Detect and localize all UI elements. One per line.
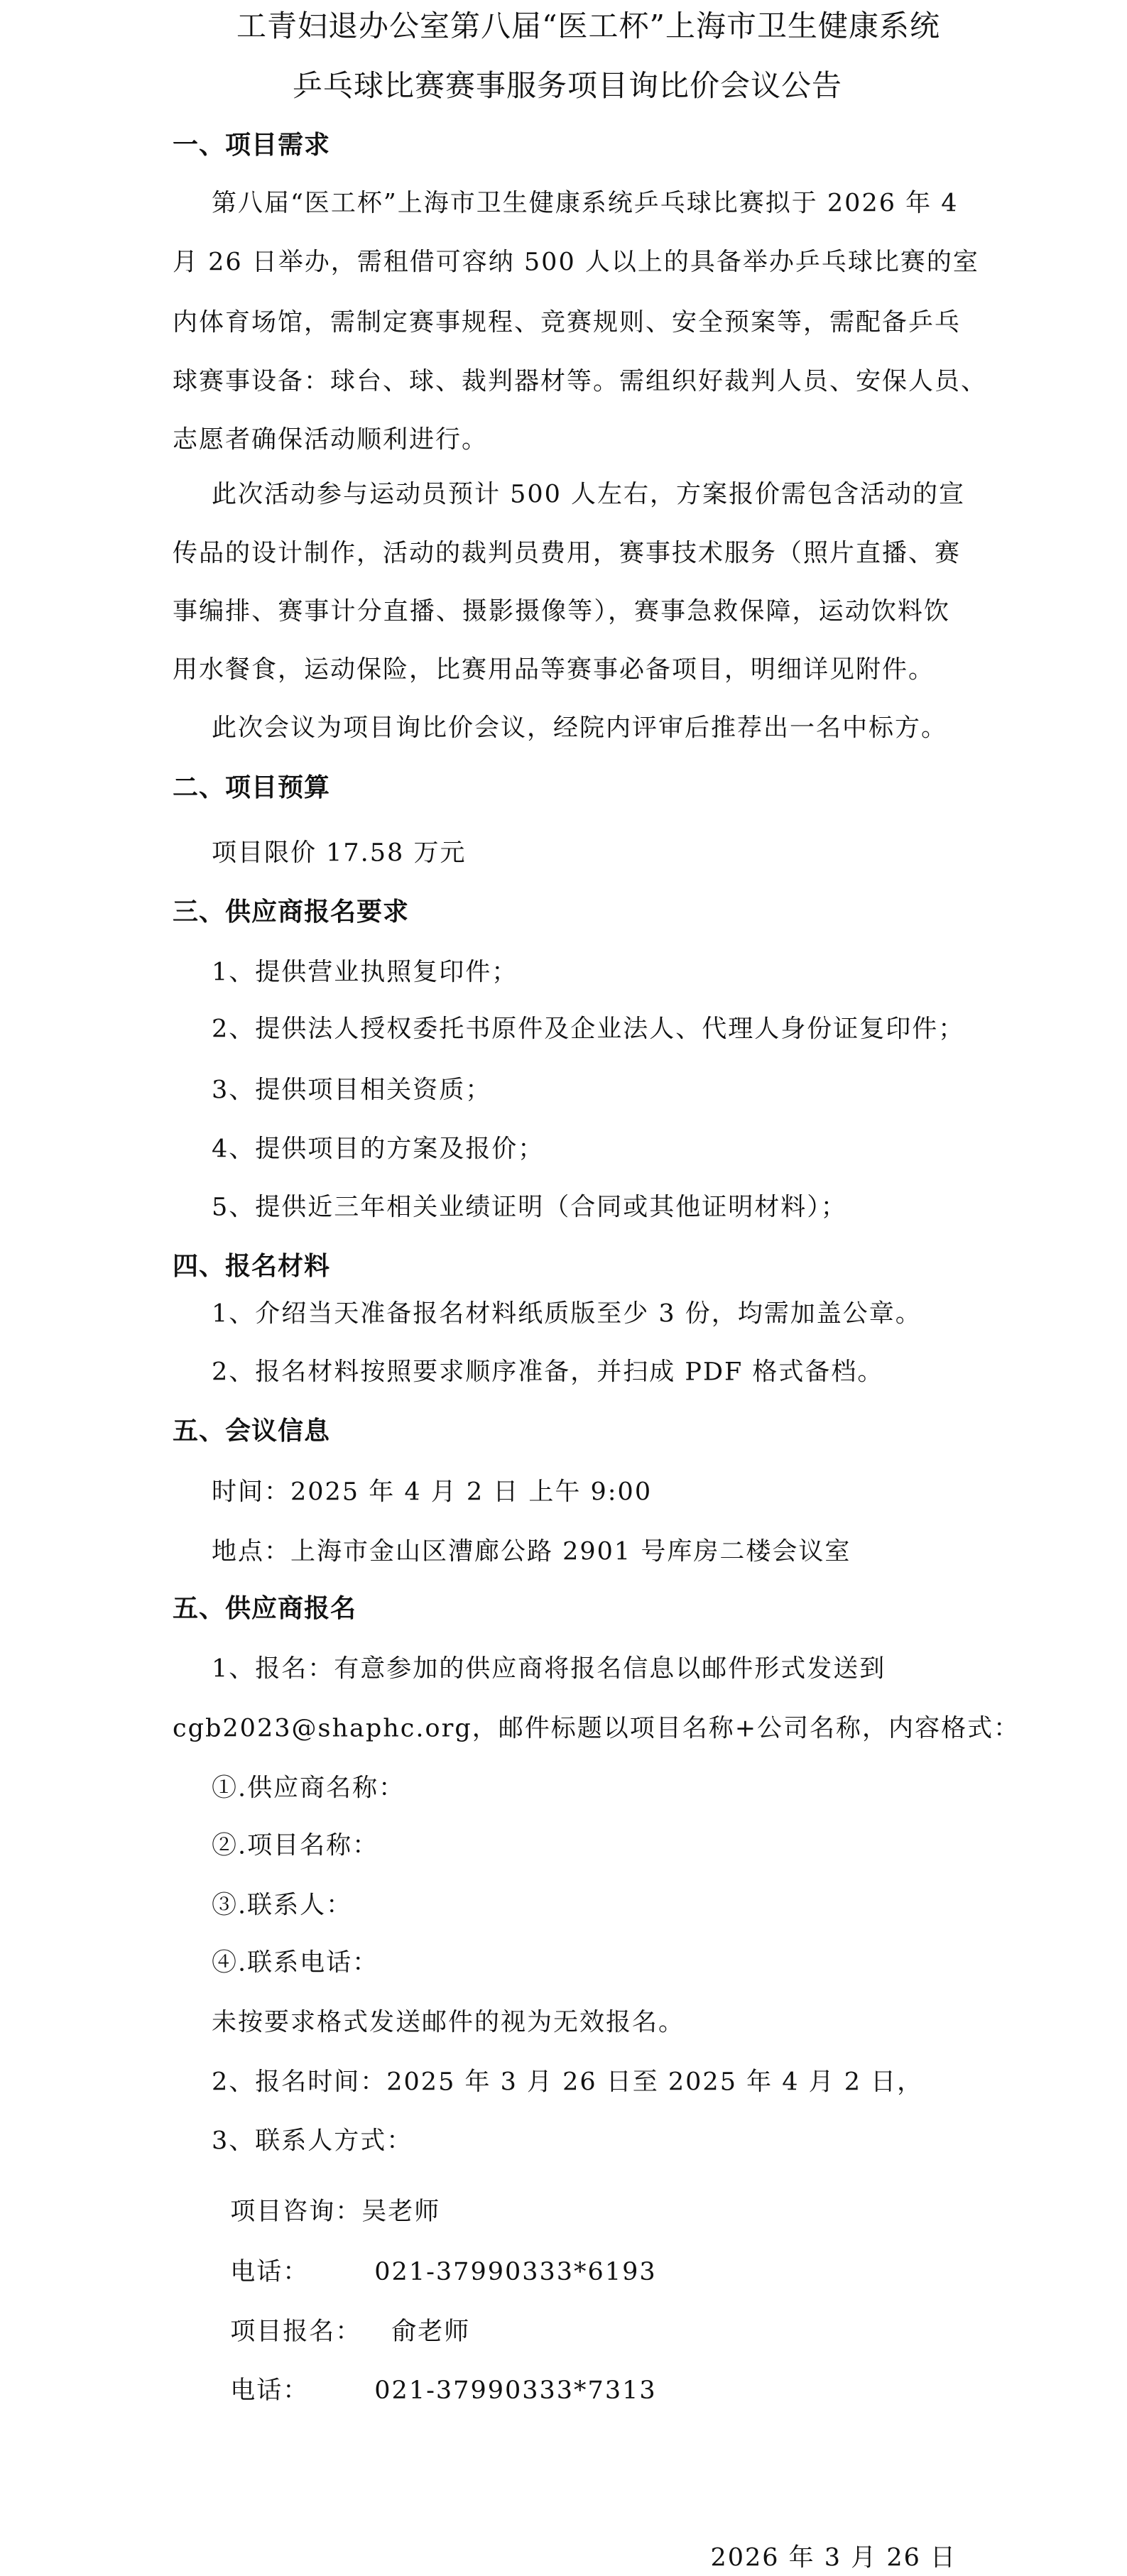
format-field-contact-person: ③.联系人： (212, 1894, 352, 1919)
requirements-para2-line1: 此次活动参与运动员预计 500 人左右，方案报价需包含活动的宣 (212, 483, 950, 508)
format-field-project-name: ②.项目名称： (212, 1834, 379, 1859)
announcement-date: 2026 年 3 月 26 日 (710, 2546, 957, 2571)
requirements-para1-line3: 内体育场馆，需制定赛事规程、竞赛规则、安全预案等，需配备乒乓 (173, 311, 950, 336)
section-heading-meeting-info: 五、会议信息 (173, 1419, 330, 1444)
contact-method-label: 3、联系人方式： (212, 2129, 413, 2154)
requirements-para1-line4: 球赛事设备：球台、球、裁判器材等。需组织好裁判人员、安保人员、 (173, 370, 950, 395)
invalid-signup-note: 未按要求格式发送邮件的视为无效报名。 (212, 2011, 685, 2036)
supplier-requirement-item: 1、提供营业执照复印件； (212, 961, 518, 986)
phone1-label: 电话： (230, 2258, 309, 2286)
phone1-number: 021-37990333*6193 (374, 2258, 656, 2286)
requirements-para1-line1: 第八届“医工杯”上海市卫生健康系统乒乓球比赛拟于 2026 年 4 (212, 192, 950, 217)
format-field-contact-phone: ④.联系电话： (212, 1951, 379, 1976)
meeting-place: 地点：上海市金山区漕廊公路 2901 号库房二楼会议室 (212, 1540, 851, 1565)
budget-limit: 项目限价 17.58 万元 (212, 841, 466, 866)
signup-phone-row: 电话：021-37990333*7313 (212, 2354, 657, 2403)
section-heading-requirements: 一、项目需求 (173, 133, 330, 158)
materials-item: 1、介绍当天准备报名材料纸质版至少 3 份，均需加盖公章。 (212, 1302, 922, 1327)
requirements-para1-line5: 志愿者确保活动顺利进行。 (173, 428, 488, 453)
consult-contact: 项目咨询：吴老师 (212, 2175, 440, 2225)
supplier-requirement-item: 4、提供项目的方案及报价； (212, 1137, 544, 1162)
section-heading-materials: 四、报名材料 (173, 1254, 330, 1279)
section-heading-budget: 二、项目预算 (173, 775, 330, 801)
supplier-requirement-item: 5、提供近三年相关业绩证明（合同或其他证明材料）； (212, 1196, 847, 1221)
phone2-number: 021-37990333*7313 (374, 2376, 656, 2405)
requirements-para2-line3: 事编排、赛事计分直播、摄影摄像等），赛事急救保障，运动饮料饮 (173, 600, 950, 625)
signup-period: 2、报名时间：2025 年 3 月 26 日至 2025 年 4 月 2 日， (212, 2070, 923, 2095)
meeting-time: 时间：2025 年 4 月 2 日 上午 9:00 (212, 1480, 652, 1505)
doc-title-line-2: 乒乓球比赛赛事服务项目询比价会议公告 (293, 71, 842, 101)
requirements-para1-line2: 月 26 日举办，需租借可容纳 500 人以上的具备举办乒乓球比赛的室 (173, 251, 950, 275)
supplier-requirement-item: 2、提供法人授权委托书原件及企业法人、代理人身份证复印件； (212, 1017, 964, 1042)
signup-label: 项目报名： (230, 2318, 361, 2346)
supplier-requirement-item: 3、提供项目相关资质； (212, 1079, 491, 1103)
signup-item1-line1: 1、报名：有意参加的供应商将报名信息以邮件形式发送到 (212, 1657, 886, 1682)
section-heading-supplier-signup: 五、供应商报名 (173, 1596, 356, 1622)
signup-contact: 项目报名：俞老师 (212, 2295, 470, 2345)
section-heading-supplier-requirements: 三、供应商报名要求 (173, 900, 409, 925)
materials-item: 2、报名材料按照要求顺序准备，并扫成 PDF 格式备档。 (212, 1360, 883, 1385)
consult-phone-row: 电话：021-37990333*6193 (212, 2235, 657, 2285)
signup-item1-line2-email: cgb2023@shaphc.org，邮件标题以项目名称+公司名称，内容格式： (173, 1717, 1020, 1742)
phone2-label: 电话： (230, 2376, 309, 2405)
doc-title-line-1: 工青妇退办公室第八届“医工杯”上海市卫生健康系统 (236, 11, 940, 41)
requirements-para2-line2: 传品的设计制作，活动的裁判员费用，赛事技术服务（照片直播、赛 (173, 542, 950, 567)
consult-name: 吴老师 (361, 2198, 440, 2226)
signup-name: 俞老师 (391, 2318, 470, 2346)
requirements-para3: 此次会议为项目询比价会议，经院内评审后推荐出一名中标方。 (212, 716, 947, 741)
format-field-supplier-name: ①.供应商名称： (212, 1777, 405, 1801)
requirements-para2-line4: 用水餐食，运动保险，比赛用品等赛事必备项目，明细详见附件。 (173, 658, 935, 683)
consult-label: 项目咨询： (230, 2198, 361, 2226)
